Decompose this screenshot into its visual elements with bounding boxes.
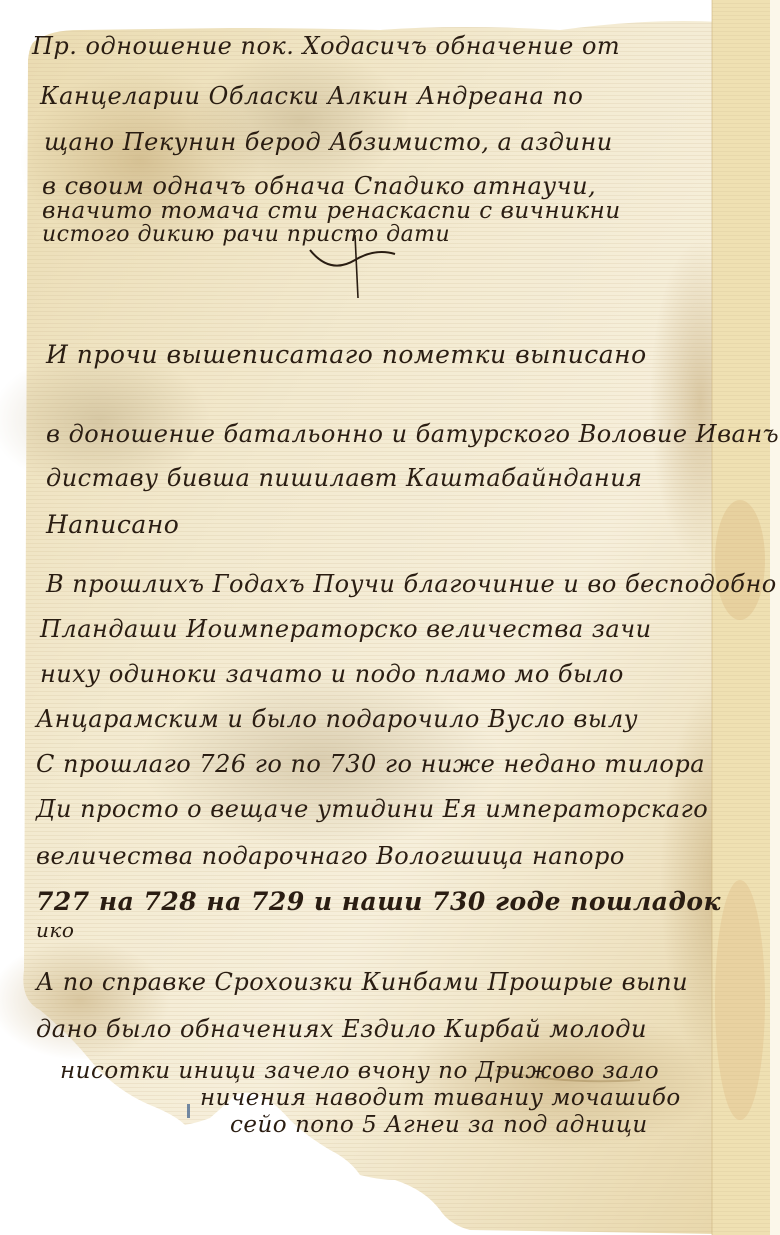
manuscript-line: щано Пекунин берод Абзимисто, а аздини xyxy=(44,128,613,156)
manuscript-line: А по справке Срохоизки Кинбами Прошрые в… xyxy=(36,968,688,996)
manuscript-line: 727 на 728 на 729 и наши 730 годе пошлад… xyxy=(36,887,721,916)
signature-flourish-icon xyxy=(300,230,410,300)
manuscript-line: Пр. одношение пок. Ходасичъ обначение от xyxy=(32,32,620,60)
manuscript-line: дано было обначениях Ездило Кирбай молод… xyxy=(36,1015,647,1043)
manuscript-line: сейо попо 5 Агнеи за под адници xyxy=(230,1112,648,1138)
manuscript-line: в своим одначъ обнача Спадико атнаучи, xyxy=(42,172,596,200)
manuscript-line: вначито томача сти ренаскаспи с вичникни xyxy=(42,198,621,224)
manuscript-line: Ди просто о вещаче утидини Ея императорс… xyxy=(36,795,708,823)
manuscript-line: И прочи вышеписатаго пометки выписано xyxy=(46,340,647,369)
manuscript-line: ничения наводит тиваниу мочашибо xyxy=(200,1085,681,1111)
manuscript-line: Пландаши Иоимператорско величества зачи xyxy=(40,615,652,643)
manuscript-line: В прошлихъ Годахъ Поучи благочиние и во … xyxy=(46,570,777,598)
manuscript-page: Пр. одношение пок. Ходасичъ обначение от… xyxy=(0,0,780,1235)
manuscript-line: диставу бивша пишилавт Каштабайндания xyxy=(46,464,643,492)
manuscript-line: Анцарамским и было подарочило Вусло вылу xyxy=(36,705,638,733)
manuscript-line: нисотки иници зачело вчону по Дрижово за… xyxy=(60,1058,659,1084)
manuscript-line: Канцеларии Обласки Алкин Андреана по xyxy=(40,82,583,110)
manuscript-line: ниху одиноки зачато и подо пламо мо было xyxy=(40,660,624,688)
manuscript-line: в доношение батальонно и батурского Воло… xyxy=(46,420,779,448)
manuscript-line: ико xyxy=(36,918,74,942)
manuscript-line: величества подарочнаго Вологшица напоро xyxy=(36,842,625,870)
manuscript-line: С прошлаго 726 го по 730 го ниже недано … xyxy=(36,750,705,778)
manuscript-line: Написано xyxy=(46,510,179,539)
